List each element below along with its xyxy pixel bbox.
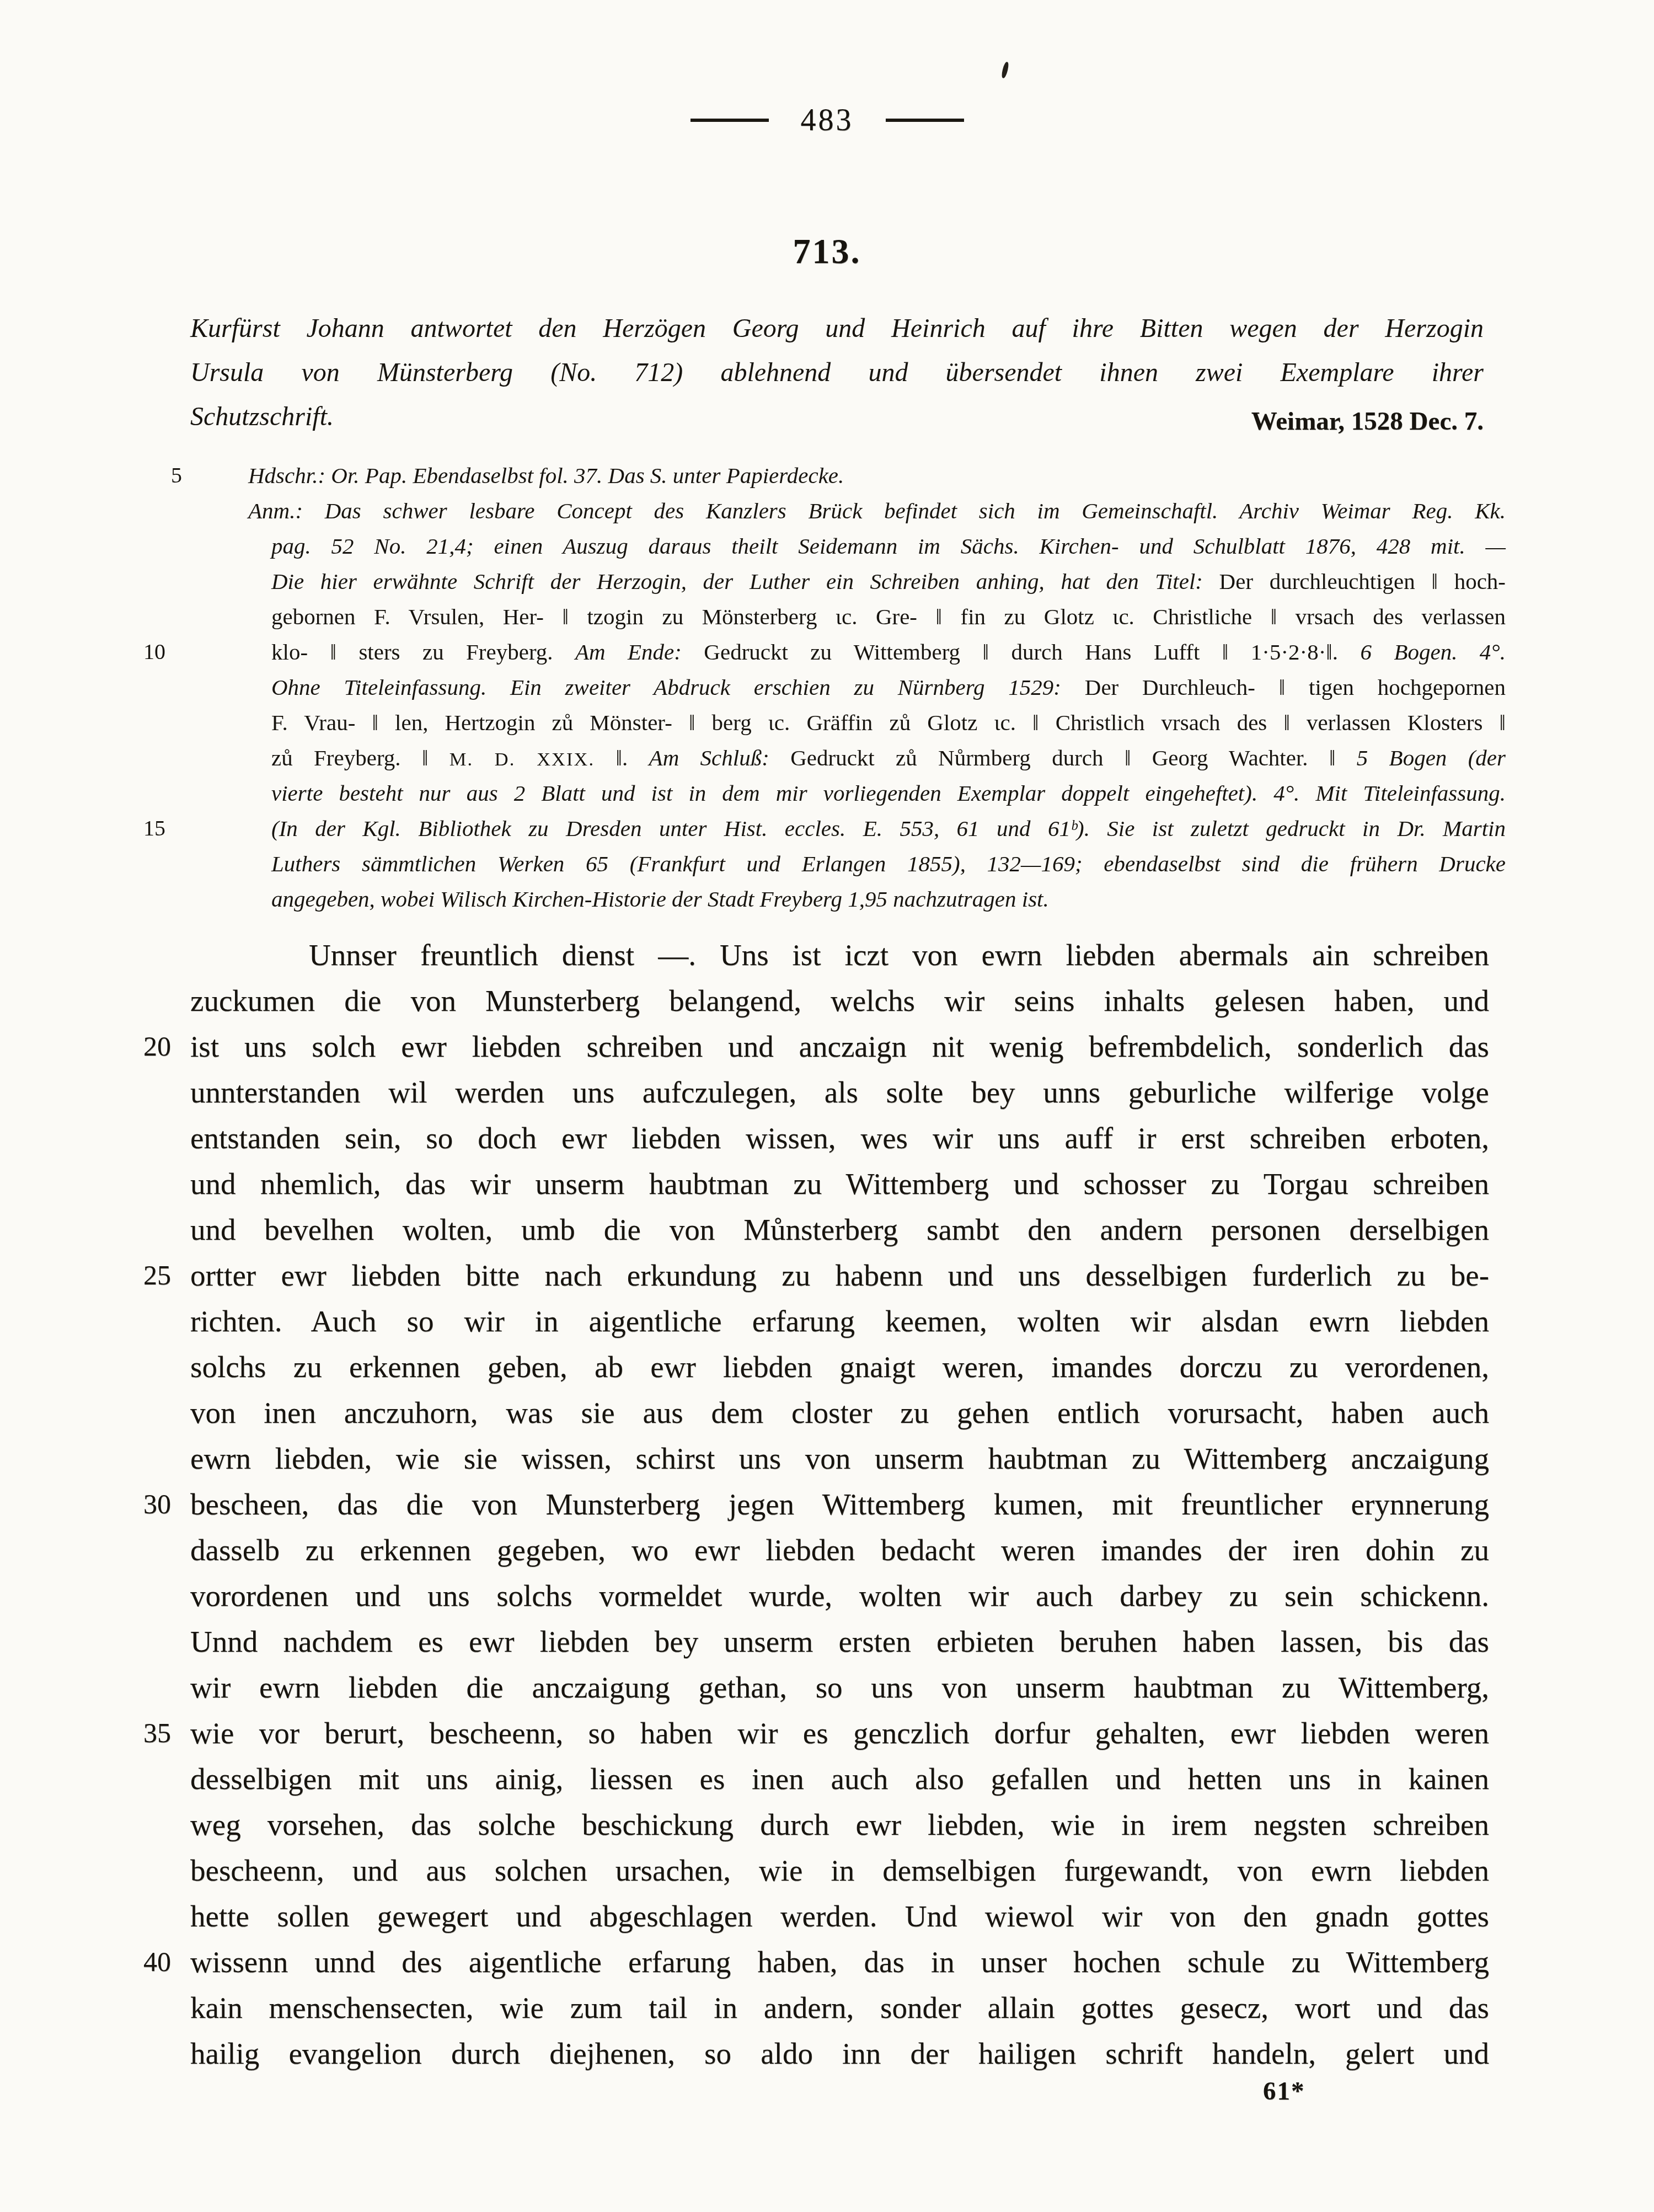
apparatus-line-text: zů Freyberg. ‖ M. D. XXIX. ‖. Am Schluß:… xyxy=(271,745,1506,770)
body-line: ewrn liebden, wie sie wissen, schirst un… xyxy=(190,1436,1489,1481)
body-line-text: ist uns solch ewr liebden schreiben und … xyxy=(190,1030,1489,1063)
body-line: kain menschensecten, wie zum tail in and… xyxy=(190,1985,1489,2031)
signature-mark: 61* xyxy=(1263,2075,1305,2108)
body-line: solchs zu erkennen geben, ab ewr liebden… xyxy=(190,1344,1489,1390)
body-line: vorordenen und uns solchs vormeldet wurd… xyxy=(190,1573,1489,1619)
margin-line-number: 10 xyxy=(143,634,182,670)
body-line: Unnser freuntlich dienst —. Uns ist iczt… xyxy=(190,932,1489,978)
body-line-text: solchs zu erkennen geben, ab ewr liebden… xyxy=(190,1350,1489,1384)
margin-line-number: 30 xyxy=(143,1481,182,1527)
body-line-text: weg vorsehen, das solche beschickung dur… xyxy=(190,1808,1489,1841)
body-line-text: richten. Auch so wir in aigentliche erfa… xyxy=(190,1304,1489,1338)
body-line-text: ortter ewr liebden bitte nach erkundung … xyxy=(190,1258,1489,1292)
apparatus-line: Ohne Titeleinfassung. Ein zweiter Abdruc… xyxy=(248,670,1506,705)
body-line-text: bescheen, das die von Munsterberg jegen … xyxy=(190,1487,1489,1521)
place-date-line: Weimar, 1528 Dec. 7. xyxy=(1251,399,1484,443)
running-head: 483 xyxy=(0,98,1654,142)
critical-apparatus: 5Hdschr.: Or. Pap. Ebendaselbst fol. 37.… xyxy=(248,458,1506,917)
apparatus-line: 15(In der Kgl. Bibliothek zu Dresden unt… xyxy=(248,811,1506,846)
body-line: Unnd nachdem es ewr liebden bey unserm e… xyxy=(190,1619,1489,1664)
header-rule-right xyxy=(886,119,964,122)
body-line-text: bescheenn, und aus solchen ursachen, wie… xyxy=(190,1854,1489,1887)
header-rule-left xyxy=(690,119,769,122)
apparatus-line-text: gebornen F. Vrsulen, Her- ‖ tzogin zu Mö… xyxy=(271,604,1506,629)
apparatus-line-text: klo- ‖ sters zu Freyberg. Am Ende: Gedru… xyxy=(271,639,1506,665)
body-line: 30bescheen, das die von Munsterberg jege… xyxy=(190,1481,1489,1527)
apparatus-line: Anm.: Das schwer lesbare Concept des Kan… xyxy=(248,493,1506,528)
apparatus-line: 5Hdschr.: Or. Pap. Ebendaselbst fol. 37.… xyxy=(248,458,1506,493)
document-number-heading: 713. xyxy=(0,225,1654,278)
body-line: unnterstanden wil werden uns aufczulegen… xyxy=(190,1069,1489,1115)
letter-body: Unnser freuntlich dienst —. Uns ist iczt… xyxy=(190,932,1489,2076)
apparatus-line: Luthers sämmtlichen Werken 65 (Frankfurt… xyxy=(248,846,1506,881)
body-line: dasselb zu erkennen gegeben, wo ewr lieb… xyxy=(190,1527,1489,1573)
margin-line-number: 40 xyxy=(143,1939,182,1985)
body-line-text: Unnd nachdem es ewr liebden bey unserm e… xyxy=(190,1625,1489,1658)
body-line-text: von inen anczuhorn, was sie aus dem clos… xyxy=(190,1396,1489,1429)
body-line: von inen anczuhorn, was sie aus dem clos… xyxy=(190,1390,1489,1436)
scan-artifact xyxy=(1001,61,1010,78)
body-line: bescheenn, und aus solchen ursachen, wie… xyxy=(190,1847,1489,1893)
book-page: 483 713. Kurfürst Johann antwortet den H… xyxy=(0,0,1654,2212)
body-line-text: zuckumen die von Munsterberg belangend, … xyxy=(190,984,1489,1017)
body-line-text: dasselb zu erkennen gegeben, wo ewr lieb… xyxy=(190,1533,1489,1567)
body-line: und nhemlich, das wir unserm haubtman zu… xyxy=(190,1161,1489,1207)
regest-line: Ursula von Münsterberg (No. 712) ablehne… xyxy=(190,351,1484,395)
page-number: 483 xyxy=(801,98,854,142)
apparatus-line-text: angegeben, wobei Wilisch Kirchen-Histori… xyxy=(271,886,1049,912)
apparatus-line-text: Hdschr.: Or. Pap. Ebendaselbst fol. 37. … xyxy=(248,463,844,488)
margin-line-number: 15 xyxy=(143,811,182,846)
apparatus-line-text: (In der Kgl. Bibliothek zu Dresden unter… xyxy=(271,816,1506,841)
body-line-text: hailig evangelion durch diejhenen, so al… xyxy=(190,2037,1489,2070)
body-line-text: desselbigen mit uns ainig, liessen es in… xyxy=(190,1762,1489,1796)
apparatus-line-text: Ohne Titeleinfassung. Ein zweiter Abdruc… xyxy=(271,674,1506,700)
margin-line-number: 35 xyxy=(143,1710,182,1756)
body-line-text: unnterstanden wil werden uns aufczulegen… xyxy=(190,1075,1489,1109)
body-line-text: vorordenen und uns solchs vormeldet wurd… xyxy=(190,1579,1489,1613)
apparatus-line-text: F. Vrau- ‖ len, Hertzogin zů Mönster- ‖ … xyxy=(271,710,1506,735)
apparatus-line: 10klo- ‖ sters zu Freyberg. Am Ende: Ged… xyxy=(248,634,1506,670)
body-line: zuckumen die von Munsterberg belangend, … xyxy=(190,978,1489,1024)
apparatus-line: gebornen F. Vrsulen, Her- ‖ tzogin zu Mö… xyxy=(248,599,1506,634)
apparatus-line: angegeben, wobei Wilisch Kirchen-Histori… xyxy=(248,881,1506,917)
apparatus-line-text: vierte besteht nur aus 2 Blatt und ist i… xyxy=(271,780,1506,806)
body-line-text: hette sollen gewegert und abgeschlagen w… xyxy=(190,1899,1489,1933)
body-line: richten. Auch so wir in aigentliche erfa… xyxy=(190,1298,1489,1344)
body-line: entstanden sein, so doch ewr liebden wis… xyxy=(190,1115,1489,1161)
body-line: desselbigen mit uns ainig, liessen es in… xyxy=(190,1756,1489,1802)
margin-line-number: 25 xyxy=(143,1252,182,1298)
apparatus-line: F. Vrau- ‖ len, Hertzogin zů Mönster- ‖ … xyxy=(248,705,1506,740)
body-line: 25ortter ewr liebden bitte nach erkundun… xyxy=(190,1252,1489,1298)
body-line: 20ist uns solch ewr liebden schreiben un… xyxy=(190,1024,1489,1069)
body-line-text: wie vor berurt, bescheenn, so haben wir … xyxy=(190,1716,1489,1750)
apparatus-line: vierte besteht nur aus 2 Blatt und ist i… xyxy=(248,775,1506,811)
margin-line-number: 5 xyxy=(143,458,182,493)
body-line: wir ewrn liebden die anczaigung gethan, … xyxy=(190,1664,1489,1710)
apparatus-line: pag. 52 No. 21,4; einen Auszug daraus th… xyxy=(248,528,1506,564)
body-line: 40wissenn unnd des aigentliche erfarung … xyxy=(190,1939,1489,1985)
body-line-text: und bevelhen wolten, umb die von Můnster… xyxy=(190,1213,1489,1246)
body-line-text: wissenn unnd des aigentliche erfarung ha… xyxy=(190,1945,1489,1979)
margin-line-number: 20 xyxy=(143,1024,182,1069)
body-line: 35wie vor berurt, bescheenn, so haben wi… xyxy=(190,1710,1489,1756)
apparatus-line-text: pag. 52 No. 21,4; einen Auszug daraus th… xyxy=(271,533,1506,559)
body-line: und bevelhen wolten, umb die von Můnster… xyxy=(190,1207,1489,1252)
body-line: hette sollen gewegert und abgeschlagen w… xyxy=(190,1893,1489,1939)
apparatus-line-text: Luthers sämmtlichen Werken 65 (Frankfurt… xyxy=(271,851,1506,876)
body-line-text: entstanden sein, so doch ewr liebden wis… xyxy=(190,1121,1489,1155)
body-line: hailig evangelion durch diejhenen, so al… xyxy=(190,2031,1489,2076)
apparatus-line: Die hier erwähnte Schrift der Herzogin, … xyxy=(248,564,1506,599)
apparatus-line: zů Freyberg. ‖ M. D. XXIX. ‖. Am Schluß:… xyxy=(248,740,1506,775)
apparatus-line-text: Anm.: Das schwer lesbare Concept des Kan… xyxy=(248,498,1506,523)
body-line-text: wir ewrn liebden die anczaigung gethan, … xyxy=(190,1670,1489,1704)
body-line: weg vorsehen, das solche beschickung dur… xyxy=(190,1802,1489,1847)
body-line-text: Unnser freuntlich dienst —. Uns ist iczt… xyxy=(309,938,1489,972)
apparatus-line-text: Die hier erwähnte Schrift der Herzogin, … xyxy=(271,569,1506,594)
regest-line: Kurfürst Johann antwortet den Herzögen G… xyxy=(190,307,1484,351)
body-line-text: kain menschensecten, wie zum tail in and… xyxy=(190,1991,1489,2024)
body-line-text: und nhemlich, das wir unserm haubtman zu… xyxy=(190,1167,1489,1201)
body-line-text: ewrn liebden, wie sie wissen, schirst un… xyxy=(190,1442,1489,1475)
